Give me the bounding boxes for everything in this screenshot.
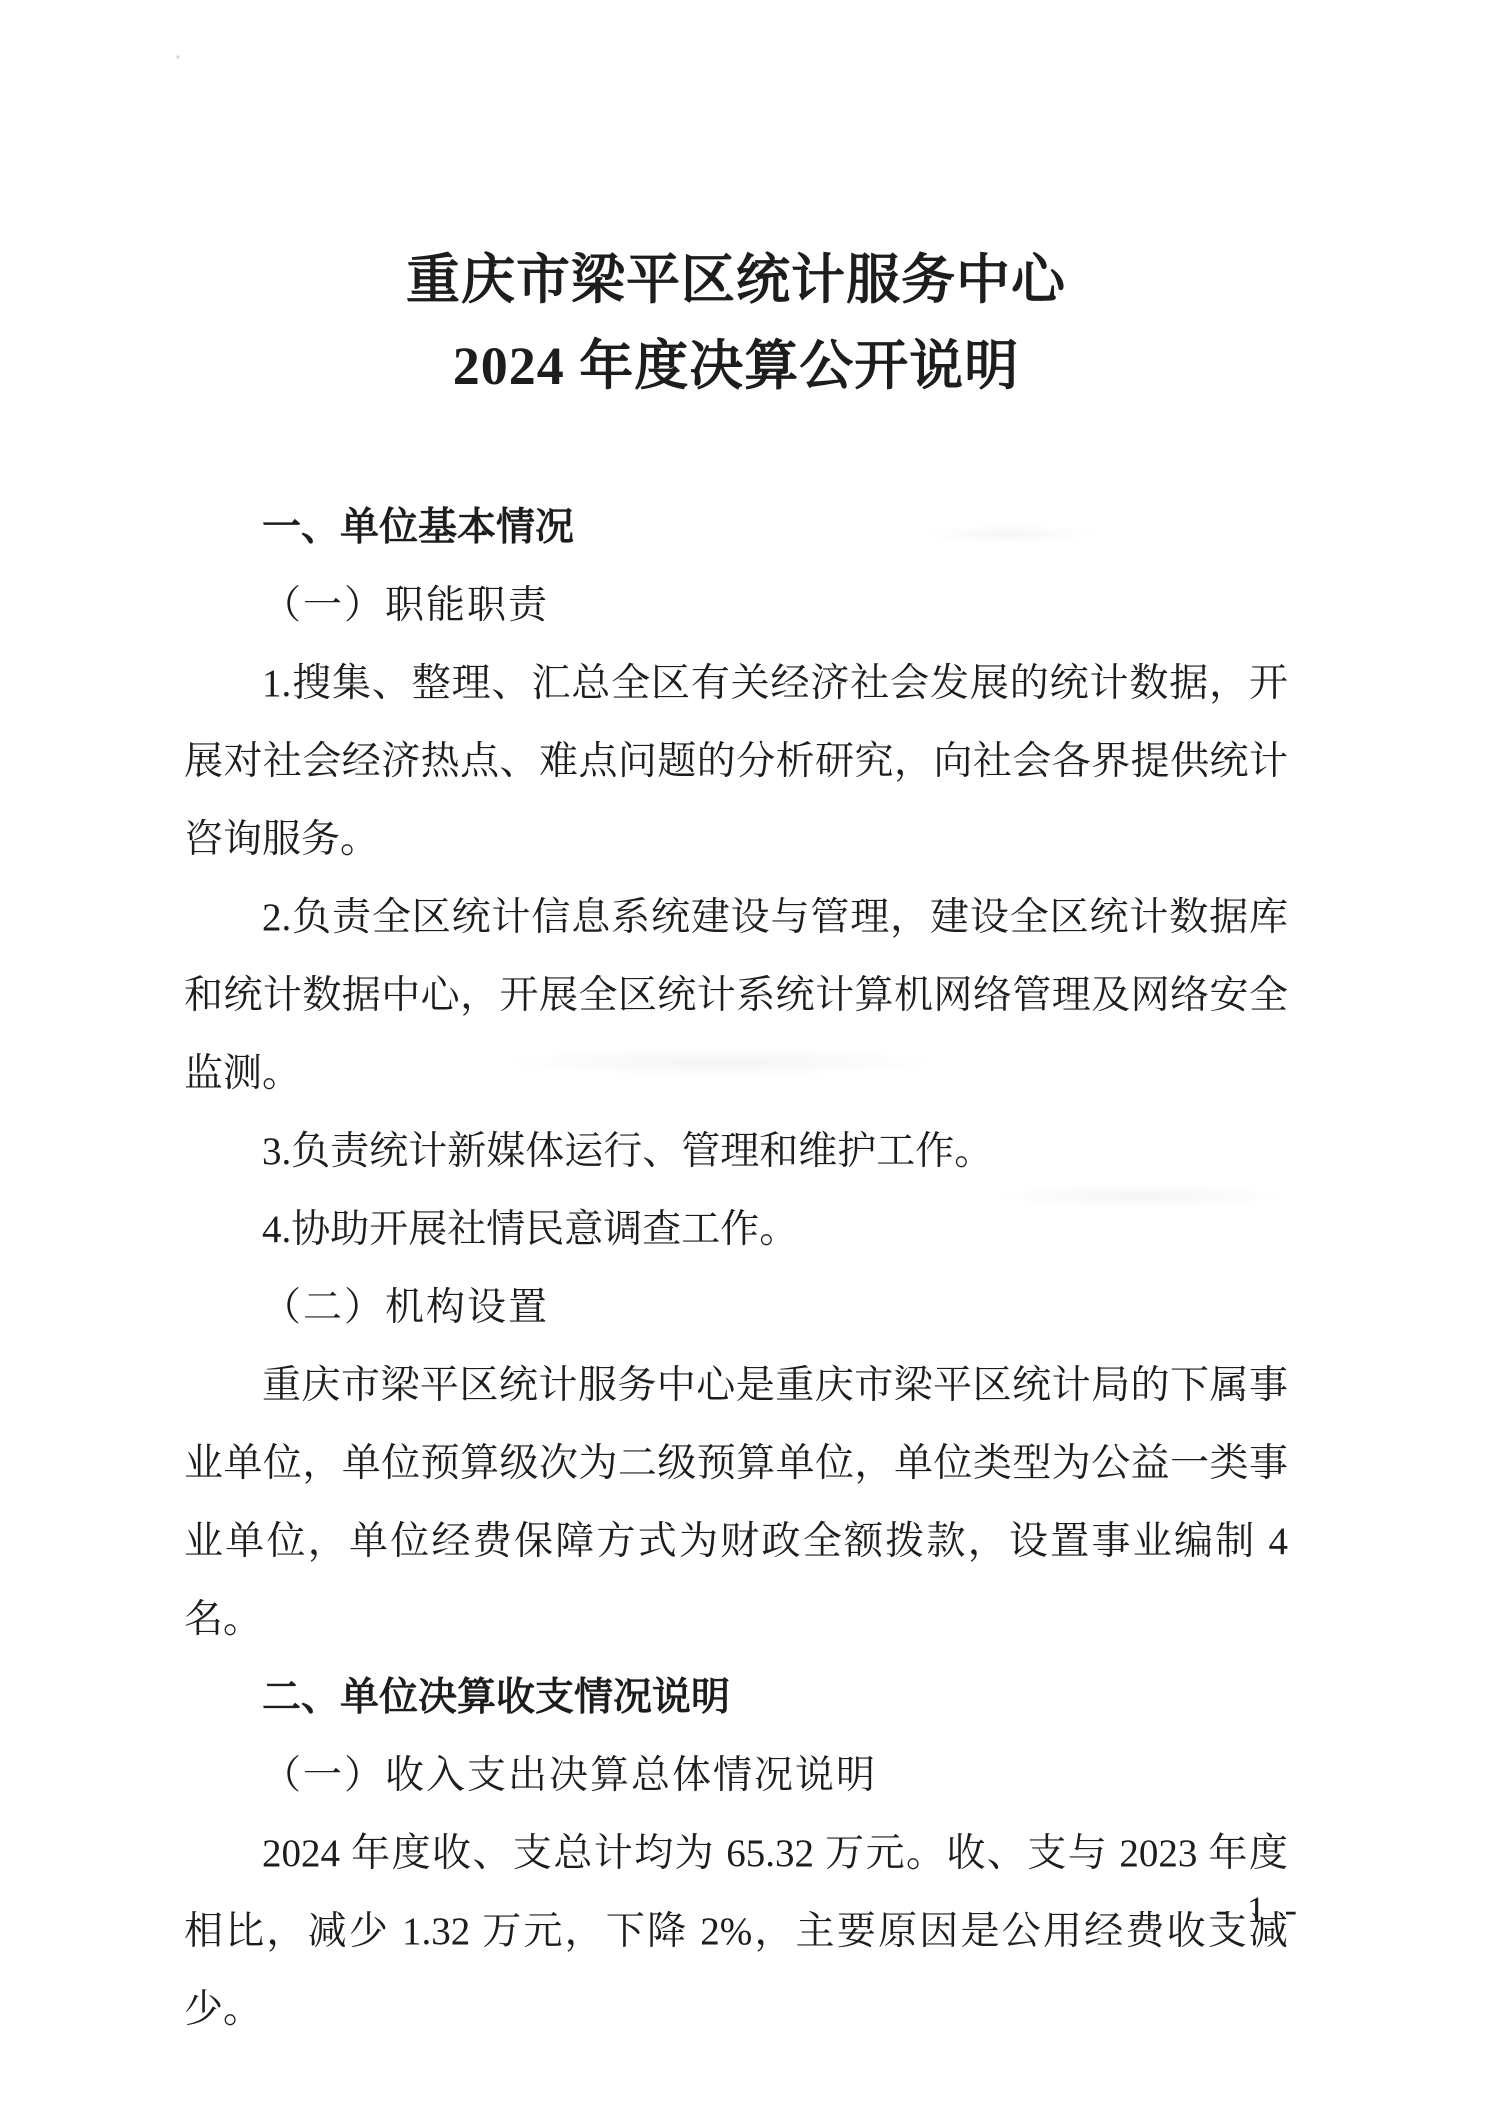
scanned-document-page: 重庆市梁平区统计服务中心 2024 年度决算公开说明 一、单位基本情况 （一）职… — [0, 0, 1488, 2104]
subsection-heading-org-setup: （二）机构设置 — [184, 1269, 1288, 1347]
document-title: 重庆市梁平区统计服务中心 2024 年度决算公开说明 — [184, 237, 1288, 409]
subsection-heading-duties: （一）职能职责 — [184, 567, 1288, 645]
document-body: 一、单位基本情况 （一）职能职责 1.搜集、整理、汇总全区有关经济社会发展的统计… — [184, 489, 1288, 2049]
paragraph-duty-3: 3.负责统计新媒体运行、管理和维护工作。 — [184, 1113, 1288, 1191]
paragraph-duty-1: 1.搜集、整理、汇总全区有关经济社会发展的统计数据，开展对社会经济热点、难点问题… — [184, 645, 1288, 879]
paragraph-duty-2: 2.负责全区统计信息系统建设与管理，建设全区统计数据库和统计数据中心，开展全区统… — [184, 879, 1288, 1113]
paragraph-org-setup: 重庆市梁平区统计服务中心是重庆市梁平区统计局的下属事业单位，单位预算级次为二级预… — [184, 1347, 1288, 1659]
document-title-line-1: 重庆市梁平区统计服务中心 — [184, 237, 1288, 323]
paragraph-income-expense-overview: 2024 年度收、支总计均为 65.32 万元。收、支与 2023 年度相比，减… — [184, 1815, 1288, 2049]
subsection-heading-income-expense-overview: （一）收入支出决算总体情况说明 — [184, 1737, 1288, 1815]
section-heading-budget-final-accounts: 二、单位决算收支情况说明 — [184, 1659, 1288, 1737]
paragraph-duty-4: 4.协助开展社情民意调查工作。 — [184, 1191, 1288, 1269]
document-title-line-2: 2024 年度决算公开说明 — [184, 323, 1288, 409]
page-number: - 1 - — [1215, 1890, 1302, 1932]
section-heading-unit-basic-info: 一、单位基本情况 — [184, 489, 1288, 567]
